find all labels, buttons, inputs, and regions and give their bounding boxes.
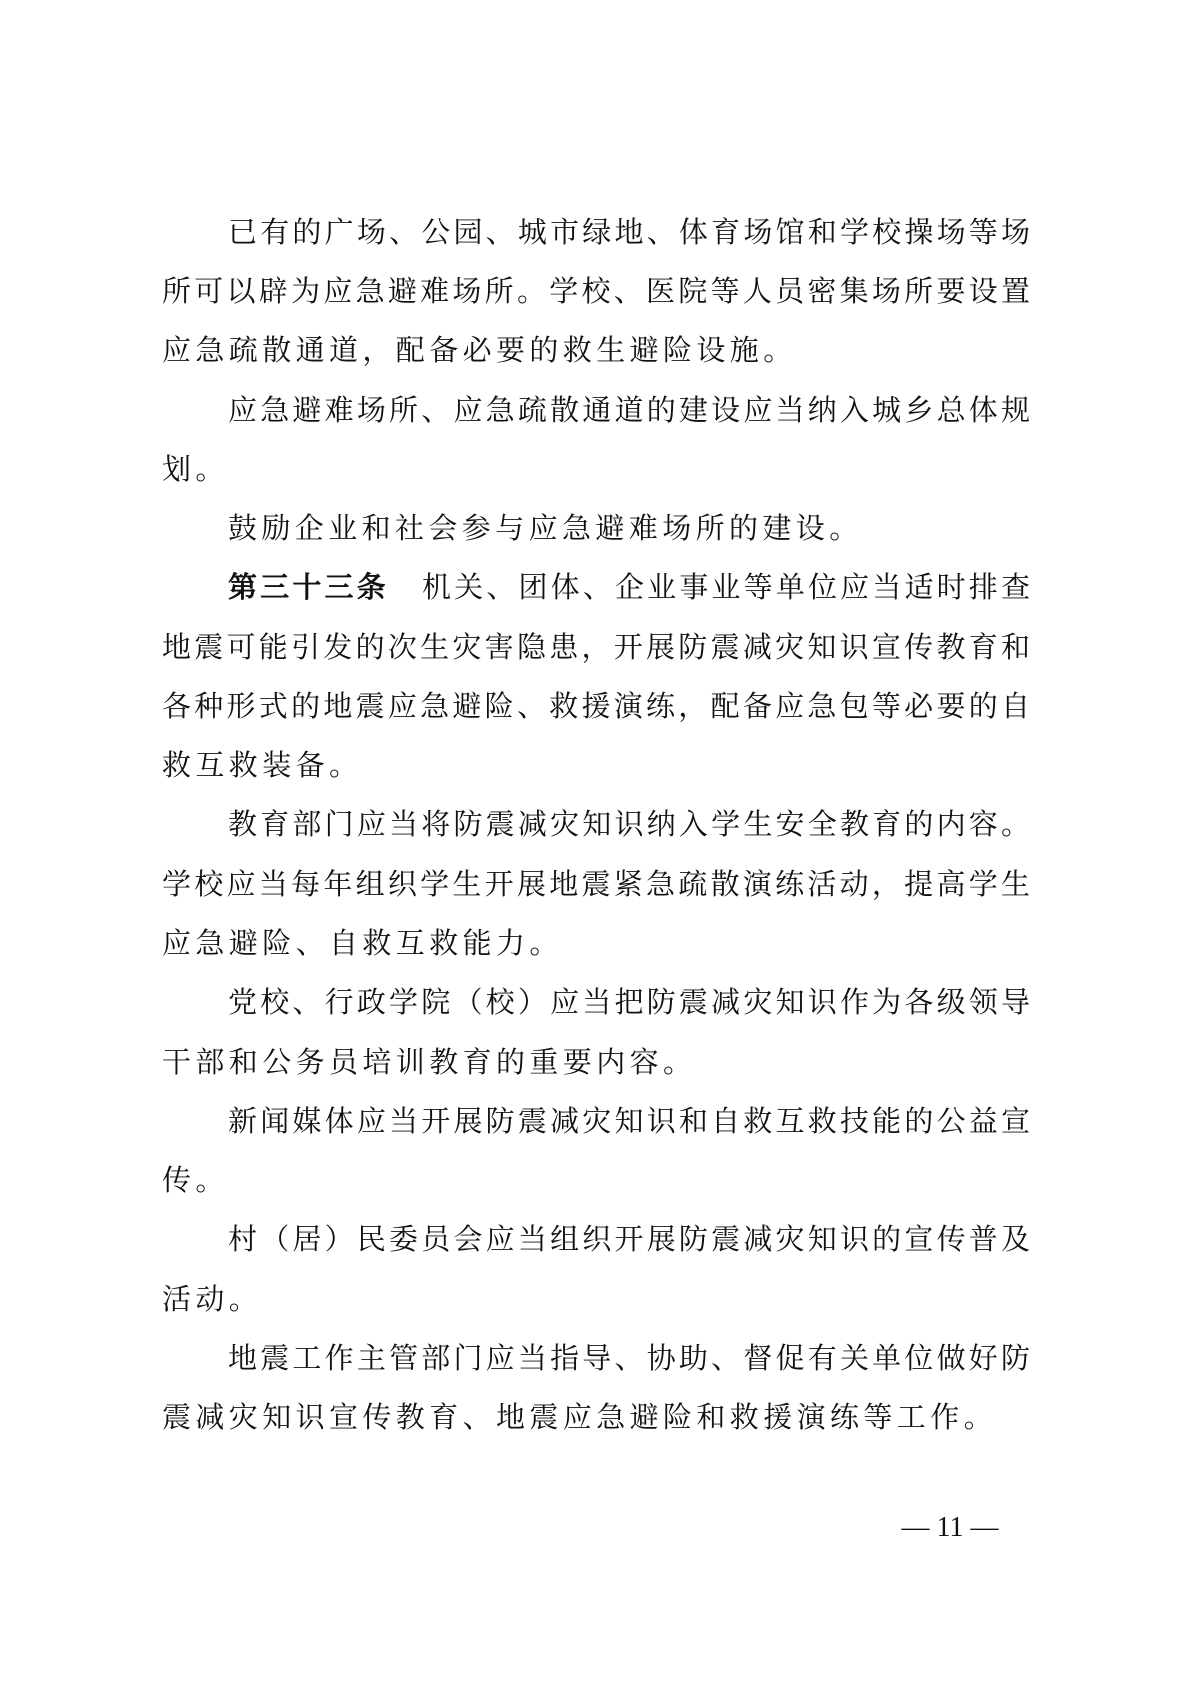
article-heading-line: 第三十三条机关、团体、企业事业等单位应当适时排查: [228, 567, 1030, 607]
text-line: 党校、行政学院（校）应当把防震减灾知识作为各级领导: [228, 982, 1030, 1022]
text-line: 已有的广场、公园、城市绿地、体育场馆和学校操场等场: [228, 212, 1030, 252]
article-label: 第三十三条: [228, 570, 389, 604]
page-number: — 11 —: [890, 1510, 1010, 1546]
text-line: 所可以辟为应急避难场所。学校、医院等人员密集场所要设置: [162, 271, 1030, 311]
text-line: 教育部门应当将防震减灾知识纳入学生安全教育的内容。: [228, 804, 1030, 844]
text-line: 救互救装备。: [162, 745, 1030, 785]
text-line: 地震工作主管部门应当指导、协助、督促有关单位做好防: [228, 1338, 1030, 1378]
text-line: 各种形式的地震应急避险、救援演练，配备应急包等必要的自: [162, 686, 1030, 726]
document-page: 已有的广场、公园、城市绿地、体育场馆和学校操场等场 所可以辟为应急避难场所。学校…: [0, 0, 1191, 1684]
text-line: 震减灾知识宣传教育、地震应急避险和救援演练等工作。: [162, 1397, 1030, 1437]
text-line: 村（居）民委员会应当组织开展防震减灾知识的宣传普及: [228, 1219, 1030, 1259]
text-line: 鼓励企业和社会参与应急避难场所的建设。: [228, 508, 1030, 548]
article-text: 机关、团体、企业事业等单位应当适时排查: [419, 570, 1030, 604]
text-line: 地震可能引发的次生灾害隐患，开展防震减灾知识宣传教育和: [162, 627, 1030, 667]
text-line: 学校应当每年组织学生开展地震紧急疏散演练活动，提高学生: [162, 864, 1030, 904]
text-line: 新闻媒体应当开展防震减灾知识和自救互救技能的公益宣: [228, 1101, 1030, 1141]
text-line: 应急避难场所、应急疏散通道的建设应当纳入城乡总体规: [228, 390, 1030, 430]
text-line: 应急疏散通道，配备必要的救生避险设施。: [162, 330, 1030, 370]
text-line: 划。: [162, 449, 1030, 489]
text-line: 传。: [162, 1160, 1030, 1200]
text-line: 干部和公务员培训教育的重要内容。: [162, 1042, 1030, 1082]
text-line: 应急避险、自救互救能力。: [162, 923, 1030, 963]
text-line: 活动。: [162, 1279, 1030, 1319]
